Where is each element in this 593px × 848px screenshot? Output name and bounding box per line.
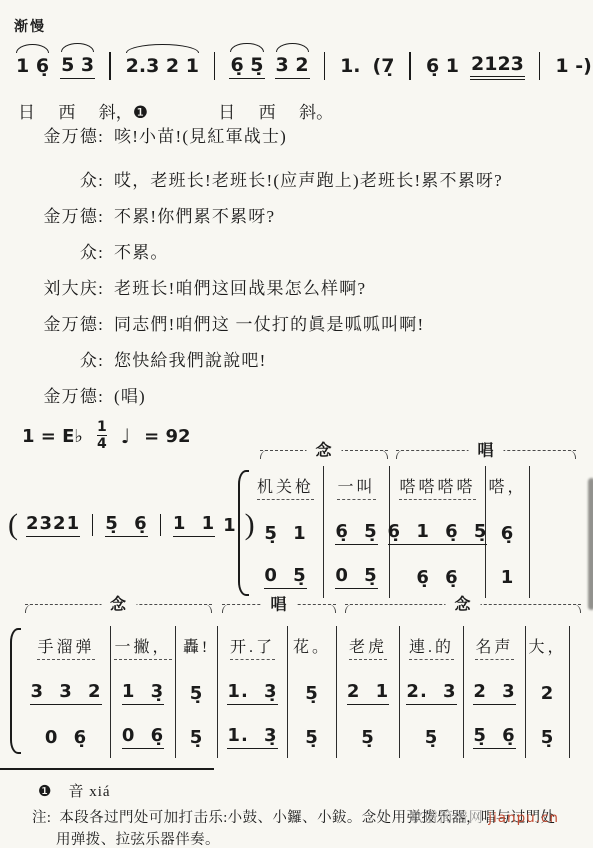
accomp-notes: 0 5̣: [264, 565, 306, 589]
lyric-text: 轟!: [183, 634, 210, 657]
system-brace: [10, 628, 21, 754]
score-cell: 轟! 5̣ 5̣: [176, 626, 218, 758]
accomp-notes: 0 6̣: [45, 727, 87, 748]
barline: [214, 52, 216, 80]
bracket-label: 念: [306, 438, 341, 461]
footnote-text: 音 xiá: [68, 780, 110, 801]
speech-text: 您快給我們說說吧!: [104, 350, 266, 372]
speaker-label: 刘大庆:: [0, 278, 104, 300]
dialog-block: 金万德: 咳!小苗!(見紅軍战士) 众: 哎，老班长!老班长!(应声跑上)老班长…: [0, 126, 593, 422]
speaker-label: 众:: [0, 170, 104, 192]
lyric-text: 一叫: [337, 474, 375, 500]
lyric-text: 嗒嗒嗒嗒: [399, 474, 475, 500]
barline: [109, 52, 111, 80]
phrase-bracket-chang: 唱: [396, 450, 576, 461]
score-cell: 一撇， 1 3̣ 0 6̣: [111, 626, 176, 758]
score-cell: 手溜弹 3 3 2 0 6̣: [22, 626, 111, 758]
accomp-notes: 5̣: [425, 727, 439, 748]
note-group: 1 -): [554, 55, 592, 77]
score-cell: 一叫 6̣ 5̣ 0 5̣: [324, 466, 390, 598]
intro-notes: 1 1: [173, 513, 215, 537]
speaker-label: 金万德:: [0, 314, 104, 336]
speaker-label: 金万德:: [0, 206, 104, 228]
phrase-bracket-chang: 唱: [222, 604, 336, 615]
dialog-line: 众: 哎，老班长!老班长!(应声跑上)老班长!累不累呀?: [0, 170, 593, 192]
note-group: 3 2: [275, 54, 310, 79]
watermark-site: 歌谱简谱网: [409, 811, 484, 826]
lyric-text: 机关枪: [257, 474, 314, 500]
bracket-label: 唱: [468, 438, 503, 461]
intro-notes: 1: [223, 515, 237, 536]
accomp-notes: 1. 3̣: [227, 725, 277, 749]
dialog-line: 金万德: (唱): [0, 386, 593, 408]
voice-notes: 2: [541, 683, 555, 704]
speaker-label: 金万德:: [0, 386, 104, 408]
score-grid: 机关枪 5̣ 1 0 5̣ 一叫 6̣ 5̣ 0 5̣ 嗒嗒嗒嗒 6̣ 1 6̣…: [248, 466, 530, 598]
note-group: 1.: [339, 55, 361, 77]
voice-notes: 3 3 2: [30, 681, 101, 705]
speaker-label: 金万德:: [0, 126, 104, 148]
score-system-2: 念 唱 念 手溜弹 3 3 2 0 6̣ 一撇， 1 3̣ 0 6̣ 轟! 5̣…: [0, 598, 593, 774]
voice-notes: 6̣ 5̣: [335, 521, 377, 545]
lyric-text: 手溜弹: [37, 634, 94, 660]
lyric-text: 嗒，: [488, 474, 526, 497]
bracket-label: 念: [101, 592, 136, 615]
voice-notes: 6̣ 1 6̣ 5̣: [388, 521, 488, 545]
note-line-2: 用弹拨、拉弦乐器伴奏。: [56, 830, 593, 848]
accomp-notes: 5̣: [541, 727, 555, 748]
speech-text: (唱): [104, 386, 146, 408]
voice-notes: 2 3: [473, 681, 515, 705]
watermark: 歌谱简谱网 jianpu.cn: [409, 807, 559, 827]
divider-rule: [0, 768, 214, 770]
barline: [92, 514, 93, 536]
speech-text: 咳!小苗!(見紅軍战士): [104, 126, 287, 148]
note-group: 2.3 2 1: [125, 55, 200, 77]
footer: ❶ 音 xiá 注: 本段各过門处可加打击乐:小鼓、小鑼、小鈸。念处用弹拨乐器，…: [0, 768, 593, 848]
lyric-text: 老虎: [349, 634, 387, 660]
accomp-notes: 5̣: [190, 727, 204, 748]
open-paren: (: [8, 510, 18, 540]
voice-notes: 2. 3: [406, 681, 456, 705]
accomp-notes: 0 5̣: [335, 565, 377, 589]
score-grid: 手溜弹 3 3 2 0 6̣ 一撇， 1 3̣ 0 6̣ 轟! 5̣ 5̣ 开.…: [22, 626, 570, 758]
footnote-marker-icon: ❶: [38, 782, 52, 800]
score-cell: 嗒， 6̣ 1: [486, 466, 530, 598]
tempo-marking: 渐慢: [14, 16, 588, 36]
note-group: 5 3: [60, 54, 95, 79]
speech-text: 不累!你們累不累呀?: [104, 206, 275, 228]
score-system-1: ( 2321 5̣ 6̣ 1 1 1 ) 念 唱 机关枪 5̣ 1 0 5̣ 一…: [0, 446, 593, 596]
intro-notes: 2321: [26, 513, 80, 537]
barline: [539, 52, 541, 80]
score-cell: 大， 2 5̣: [526, 626, 570, 758]
accomp-notes: 5̣: [305, 727, 319, 748]
dialog-line: 众: 不累。: [0, 242, 593, 264]
intro-notes: 5̣ 6̣: [105, 513, 147, 537]
score-cell: 机关枪 5̣ 1 0 5̣: [248, 466, 324, 598]
footnote-line: ❶ 音 xiá: [38, 780, 593, 801]
score-cell: 花。 5̣ 5̣: [288, 626, 337, 758]
voice-notes: 2 1: [347, 681, 389, 705]
note-group: 2123: [470, 53, 525, 80]
lyric-text: 花。: [293, 634, 331, 657]
accomp-notes: 1: [501, 567, 515, 588]
accomp-notes: 5̣ 6̣: [473, 725, 515, 749]
tempo-value: = 92: [144, 426, 190, 447]
dialog-line: 众: 您快給我們說說吧!: [0, 350, 593, 372]
score-cell: 开.了 1. 3̣ 1. 3̣: [218, 626, 288, 758]
bracket-label: 念: [445, 592, 480, 615]
phrase-bracket-nian: 念: [25, 604, 212, 615]
speech-text: 同志們!咱們这 一仗打的眞是呱呱叫啊!: [104, 314, 424, 336]
dialog-line: 刘大庆: 老班长!咱們这回战果怎么样啊?: [0, 278, 593, 300]
speech-text: 老班长!咱們这回战果怎么样啊?: [104, 278, 366, 300]
speech-text: 哎，老班长!老班长!(应声跑上)老班长!累不累呀?: [104, 170, 503, 192]
gutter-shadow: [588, 478, 593, 610]
lyric-text: 大，: [528, 634, 566, 657]
sheet-music-page: 渐慢 1 6̣ 5 3 2.3 2 1 6̣ 5̣ 3 2 1. (7̣ 6̣ …: [0, 0, 593, 848]
speaker-label: 众:: [0, 350, 104, 372]
melody-lyrics: 日 西 斜，❶ 日 西 斜。: [18, 98, 588, 123]
note-group: 1 6̣: [15, 55, 50, 77]
dialog-line: 金万德: 不累!你們累不累呀?: [0, 206, 593, 228]
voice-notes: 5̣: [190, 683, 204, 704]
barline: [324, 52, 326, 80]
barline: [160, 514, 161, 536]
voice-notes: 1. 3̣: [227, 681, 277, 705]
bracket-label: 唱: [261, 592, 296, 615]
barline: [409, 52, 411, 80]
speaker-label: 众:: [0, 242, 104, 264]
dialog-line: 金万德: 同志們!咱們这 一仗打的眞是呱呱叫啊!: [0, 314, 593, 336]
phrase-bracket-nian: 念: [260, 450, 388, 461]
speech-text: 不累。: [104, 242, 169, 264]
voice-notes: 1 3̣: [122, 681, 164, 705]
accomp-notes: 0 6̣: [122, 725, 164, 749]
score-cell: 老虎 2 1 5̣: [337, 626, 400, 758]
score-cell: 名声 2 3 5̣ 6̣: [464, 626, 526, 758]
phrase-bracket-nian: 念: [345, 604, 581, 615]
lyric-text: 連.的: [409, 634, 454, 660]
tonality: 1 = E♭: [22, 426, 83, 447]
score-cell: 連.的 2. 3 5̣: [400, 626, 464, 758]
accomp-notes: 6̣ 6̣: [416, 567, 458, 588]
note-group: 6̣ 5̣: [229, 54, 264, 79]
voice-notes: 5̣ 1: [264, 523, 306, 544]
accomp-notes: 5̣: [361, 727, 375, 748]
score-cell: 嗒嗒嗒嗒 6̣ 1 6̣ 5̣ 6̣ 6̣: [390, 466, 486, 598]
voice-notes: 5̣: [305, 683, 319, 704]
note-label: 注:: [32, 808, 59, 829]
melody-line: 渐慢 1 6̣ 5 3 2.3 2 1 6̣ 5̣ 3 2 1. (7̣ 6̣ …: [10, 16, 588, 123]
lyric-text: 开.了: [230, 634, 275, 660]
watermark-url: jianpu.cn: [488, 810, 559, 826]
note-group: (7̣: [372, 55, 396, 77]
quarter-note-icon: ♩: [121, 424, 130, 448]
lyric-text: 名声: [475, 634, 513, 660]
lyric-text: 一撇，: [114, 634, 171, 660]
melody-notes-row: 1 6̣ 5 3 2.3 2 1 6̣ 5̣ 3 2 1. (7̣ 6̣ 1 2…: [10, 50, 588, 82]
intro-phrase: ( 2321 5̣ 6̣ 1 1 1 ): [4, 510, 259, 540]
dialog-line: 金万德: 咳!小苗!(見紅軍战士): [0, 126, 593, 148]
note-group: 6̣ 1: [425, 55, 460, 77]
voice-notes: 6̣: [501, 523, 515, 544]
